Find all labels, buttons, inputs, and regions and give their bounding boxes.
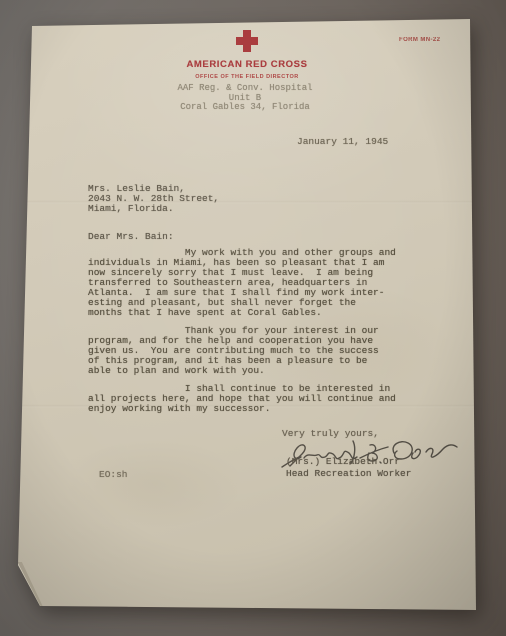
letter-date: January 11, 1945 bbox=[297, 136, 388, 147]
recipient-city: Miami, Florida. bbox=[88, 204, 219, 214]
typed-signer-title: Head Recreation Worker bbox=[286, 468, 411, 479]
folded-corner bbox=[17, 563, 41, 607]
station-line-3: Coral Gables 34, Florida bbox=[16, 103, 474, 113]
office-subtitle: OFFICE OF THE FIELD DIRECTOR bbox=[16, 74, 478, 80]
salutation: Dear Mrs. Bain: bbox=[88, 231, 174, 242]
typed-signer-name: (Mrs.) Elizabeth Orr bbox=[286, 457, 400, 467]
paragraph-2: Thank you for your interest in our progr… bbox=[88, 326, 436, 376]
recipient-address: Mrs. Leslie Bain, 2043 N. W. 28th Street… bbox=[88, 184, 219, 214]
red-cross-icon bbox=[235, 29, 259, 53]
paper-sheet: FORM MN-22 AMERICAN RED CROSS OFFICE OF … bbox=[16, 14, 478, 616]
paper-crease-upper bbox=[16, 200, 478, 204]
letter-body: My work with you and other groups and in… bbox=[88, 248, 436, 422]
form-number: FORM MN-22 bbox=[399, 37, 440, 43]
organization-name: AMERICAN RED CROSS bbox=[16, 59, 478, 70]
photo-background: FORM MN-22 AMERICAN RED CROSS OFFICE OF … bbox=[0, 0, 506, 636]
paragraph-1: My work with you and other groups and in… bbox=[88, 248, 436, 318]
station-address: AAF Reg. & Conv. Hospital Unit B Coral G… bbox=[16, 84, 474, 113]
paragraph-3: I shall continue to be interested in all… bbox=[88, 384, 436, 414]
reference-initials: EO:sh bbox=[99, 469, 128, 480]
letter-paper: FORM MN-22 AMERICAN RED CROSS OFFICE OF … bbox=[16, 14, 478, 616]
